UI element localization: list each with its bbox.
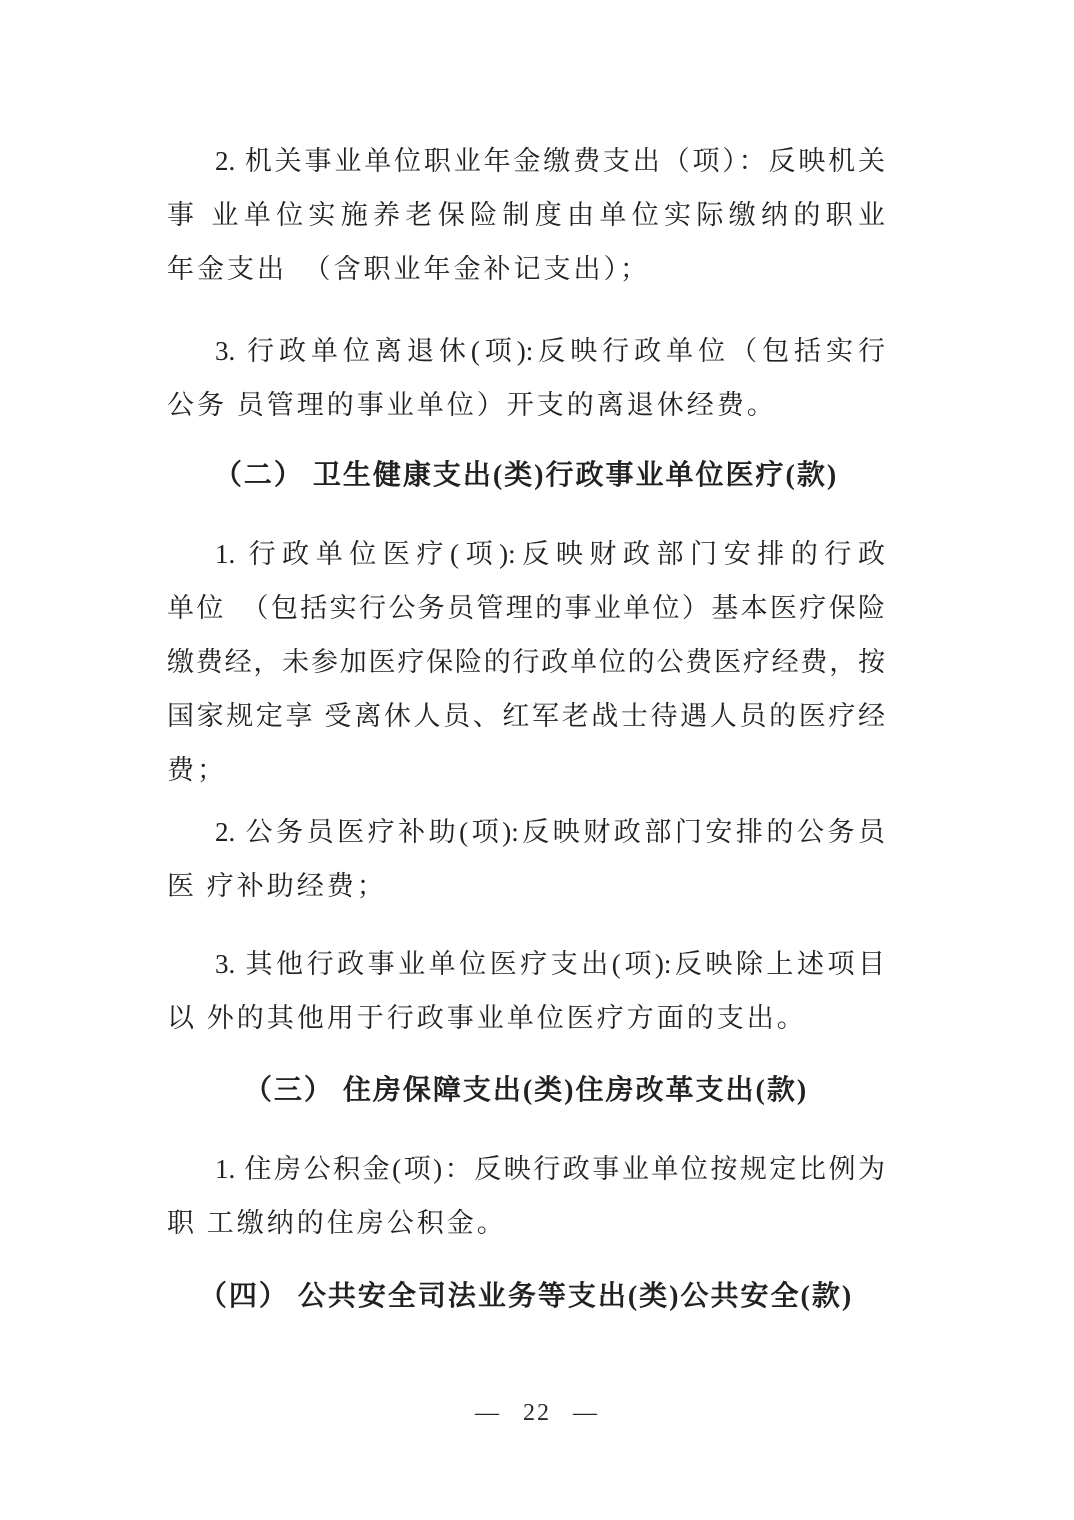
paragraph-line: 3. 其他行政事业单位医疗支出(项):反映除上述项目 — [167, 937, 885, 991]
paragraph-civil-servant-medical-subsidy: 2. 公务员医疗补助(项):反映财政部门安排的公务员 医 疗补助经费； — [167, 805, 885, 913]
paragraph-line: 事 业单位实施养老保险制度由单位实际缴纳的职业 — [167, 188, 885, 242]
paragraph-line: 1. 住房公积金(项)：反映行政事业单位按规定比例为 — [167, 1142, 885, 1196]
paragraph-line: 国家规定享 受离休人员、红军老战士待遇人员的医疗经 — [167, 689, 885, 743]
paragraph-line: 职 工缴纳的住房公积金。 — [167, 1196, 885, 1250]
document-page: 2. 机关事业单位职业年金缴费支出（项）：反映机关 事 业单位实施养老保险制度由… — [0, 0, 1074, 1520]
paragraph-admin-medical: 1. 行政单位医疗(项):反映财政部门安排的行政 单位 （包括实行公务员管理的事… — [167, 527, 885, 797]
paragraph-line: 年金支出 （含职业年金补记支出）； — [167, 242, 885, 296]
section-heading-health-expenditure: （二） 卫生健康支出(类)行政事业单位医疗(款) — [167, 449, 885, 503]
paragraph-line: 3. 行政单位离退休(项):反映行政单位（包括实行 — [167, 324, 885, 378]
paragraph-line: 医 疗补助经费； — [167, 859, 885, 913]
paragraph-admin-retirement: 3. 行政单位离退休(项):反映行政单位（包括实行 公务 员管理的事业单位）开支… — [167, 324, 885, 432]
paragraph-line: 公务 员管理的事业单位）开支的离退休经费。 — [167, 378, 885, 432]
paragraph-line: 2. 公务员医疗补助(项):反映财政部门安排的公务员 — [167, 805, 885, 859]
paragraph-line: 1. 行政单位医疗(项):反映财政部门安排的行政 — [167, 527, 885, 581]
paragraph-line: 费； — [167, 743, 885, 797]
paragraph-line: 缴费经，未参加医疗保险的行政单位的公费医疗经费，按 — [167, 635, 885, 689]
section-heading-public-security: （四） 公共安全司法业务等支出(类)公共安全(款) — [167, 1270, 885, 1324]
page-number: — 22 — — [0, 1400, 1074, 1427]
document-body: 2. 机关事业单位职业年金缴费支出（项）：反映机关 事 业单位实施养老保险制度由… — [167, 134, 885, 1324]
paragraph-line: 2. 机关事业单位职业年金缴费支出（项）：反映机关 — [167, 134, 885, 188]
paragraph-line: 单位 （包括实行公务员管理的事业单位）基本医疗保险 — [167, 581, 885, 635]
section-heading-housing-security: （三） 住房保障支出(类)住房改革支出(款) — [167, 1064, 885, 1118]
paragraph-housing-fund: 1. 住房公积金(项)：反映行政事业单位按规定比例为 职 工缴纳的住房公积金。 — [167, 1142, 885, 1250]
paragraph-pension-annuity: 2. 机关事业单位职业年金缴费支出（项）：反映机关 事 业单位实施养老保险制度由… — [167, 134, 885, 296]
paragraph-line: 以 外的其他用于行政事业单位医疗方面的支出。 — [167, 991, 885, 1045]
paragraph-other-medical-expenditure: 3. 其他行政事业单位医疗支出(项):反映除上述项目 以 外的其他用于行政事业单… — [167, 937, 885, 1045]
